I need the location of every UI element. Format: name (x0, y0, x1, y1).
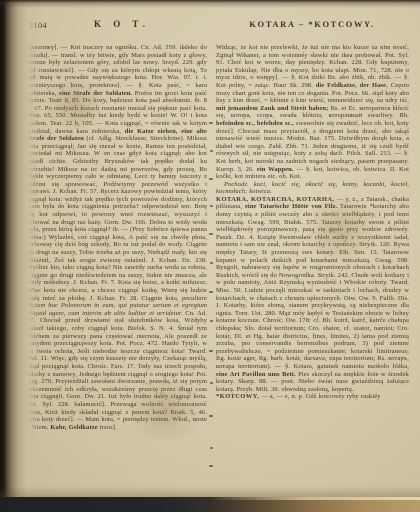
paragraph: Pochodz. koci, kocić się, okocić się, ko… (216, 181, 409, 196)
gutter-speck (209, 233, 213, 235)
text-segment: Pochodz. koci, kocić się, okocić się, ko… (216, 181, 409, 196)
text-segment: trzos]. (98, 424, 117, 431)
text-segment: *KOTCOWY, (216, 393, 259, 400)
page-content: 2104 K O T. KOTARA – *KOTCOWY. sparzoney… (0, 0, 420, 512)
foxing-stain (300, 200, 380, 260)
page-top-edge (0, 0, 420, 8)
text-segment: — a, — e, n. p. Gdź kotcowéy ryby ruskié… (259, 393, 380, 400)
gutter-speck (209, 122, 213, 124)
gutter-speck (210, 320, 213, 322)
gutter-speck (209, 178, 213, 180)
text-segment: mit jemandem Zank und Streit haben; (216, 105, 328, 112)
text-segment: eine Art Pavillon ums Bett. (216, 371, 296, 378)
gutter-speck (209, 350, 213, 352)
foxing-stain (120, 380, 210, 440)
text-segment: ein Wappen. (257, 166, 294, 173)
text-segment: die Feldkatze, der Hase. (316, 82, 388, 89)
gutter-speck (210, 382, 213, 384)
text-segment: Kahr, Geldkatze (50, 424, 97, 431)
page-bottom-highlight (210, 497, 420, 500)
text-column-right: Widząc, że kot nie przelewki, że iuż nie… (216, 44, 409, 494)
gutter-speck (209, 465, 213, 467)
text-segment: (cf. Adlg. Streckfasse, Streckleine). Mi… (27, 135, 207, 301)
gutter-speck (209, 291, 213, 293)
gutter-speck (210, 205, 213, 207)
gutter-speck (210, 447, 213, 449)
running-head-left: K O T. (52, 19, 192, 29)
running-head-right: KOTARA – *KOTCOWY. (214, 19, 410, 29)
paragraph: Widząc, że kot nie przelewki, że iuż nie… (216, 44, 409, 181)
scanned-book-page: 2104 K O T. KOTARA – *KOTCOWY. sparzoney… (0, 0, 420, 512)
foxing-stain (40, 80, 110, 130)
text-segment: befeinden sc., befehden sc., (216, 120, 294, 127)
gutter-speck (210, 150, 213, 152)
gutter-speck (210, 262, 213, 264)
gutter-speck (209, 415, 213, 417)
paragraph: *KOTCOWY, — a, — e, n. p. Gdź kotcowéy r… (216, 393, 409, 401)
book-binding-edge (0, 0, 42, 512)
text-segment: KOTARA, KOTARCHA, KOTARHA, (216, 196, 334, 203)
page-bottom-shadow (0, 486, 420, 497)
